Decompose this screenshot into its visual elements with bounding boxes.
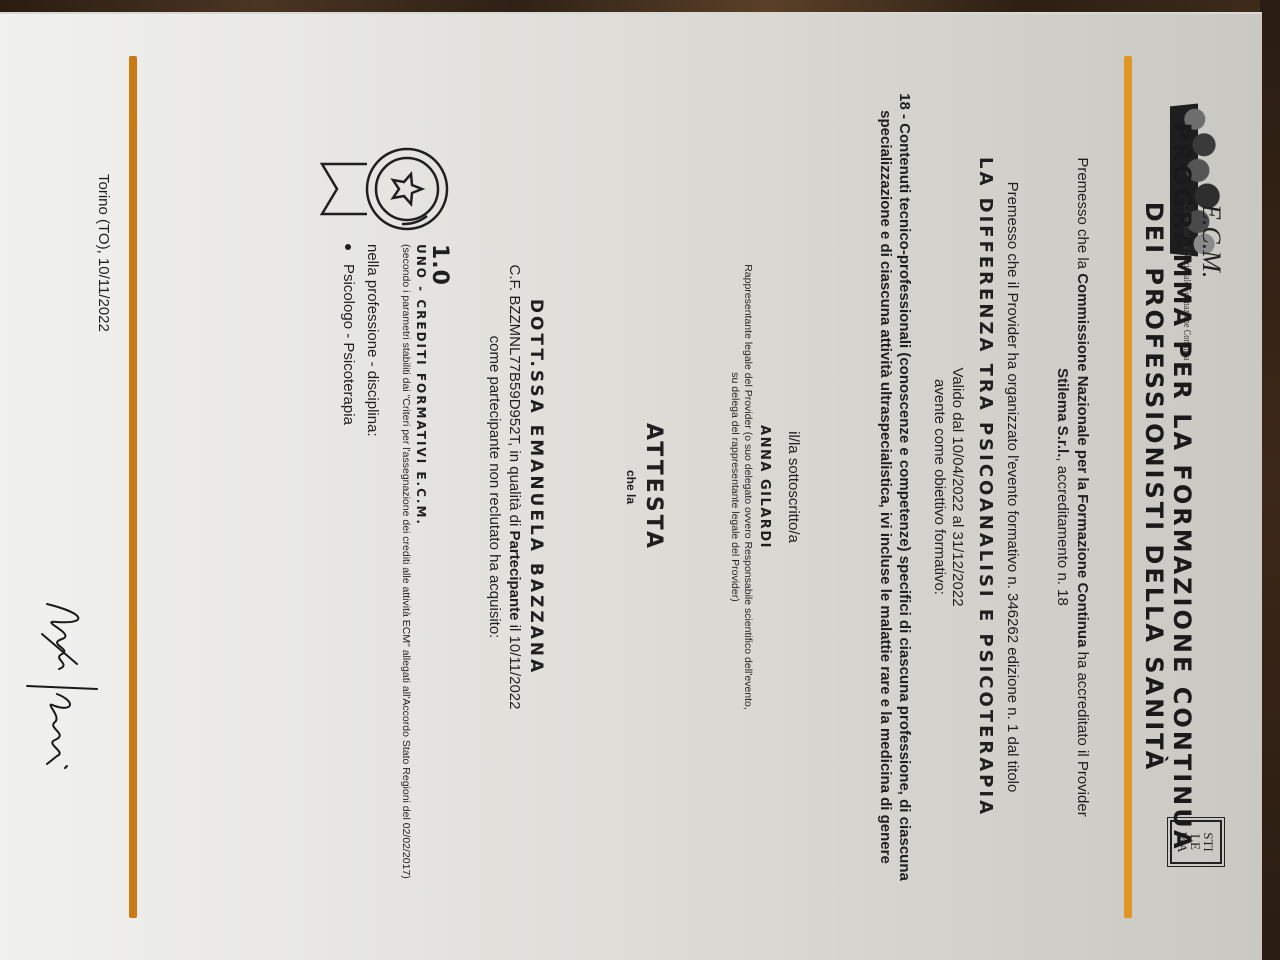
- premise-middle: ha accreditato il Provider: [1074, 647, 1091, 816]
- title-line-2: DEI PROFESSIONISTI DELLA SANITÀ: [1140, 74, 1168, 900]
- participant-status: come partecipante non reclutato ha acqui…: [486, 336, 503, 639]
- attestation-subheading: che la: [624, 54, 638, 920]
- training-objective: 18 - Contenuti tecnico-professionali (co…: [876, 54, 914, 920]
- credits-value: 1.0: [428, 244, 450, 910]
- credits-label: UNO - CREDITI FORMATIVI E.C.M.: [414, 244, 428, 910]
- handwritten-signature: Anna Gilardi: [17, 594, 117, 794]
- premise-prefix: Premesso che la: [1074, 157, 1091, 273]
- accreditation-number: , accreditamento n. 18: [1054, 457, 1071, 605]
- bullet-icon: [345, 244, 351, 250]
- provider-name: Stilema S.r.l.: [1054, 368, 1071, 457]
- credits-note: (secondo i parametri stabiliti dai "Crit…: [399, 244, 412, 910]
- participant-fiscal-code: C.F. BZZMNL77B59D952T, in qualità di: [506, 265, 523, 531]
- profession-item: Psicologo - Psicoterapia: [338, 244, 358, 910]
- premise-commission: Premesso che la Commissione Nazionale pe…: [1052, 54, 1092, 920]
- validity-dates: Valido dal 10/04/2022 al 31/12/2022: [948, 54, 966, 920]
- signatory-role-line-1: Rappresentante legale del Provider (o su…: [741, 54, 754, 920]
- place-and-date: Torino (TO), 10/11/2022: [95, 174, 112, 332]
- participant-role: Partecipante: [506, 530, 523, 620]
- signatory-name: ANNA GILARDI: [757, 54, 772, 920]
- profession-section: nella professione - disciplina: Psicolog…: [338, 244, 382, 910]
- signatory-role-line-2: su delega del rappresentante legale del …: [728, 54, 741, 920]
- profession-discipline: Psicologo - Psicoterapia: [338, 264, 358, 425]
- premise-event: Premesso che il Provider ha organizzato …: [1002, 54, 1022, 920]
- signatory-intro: il/la sottoscritto/a: [785, 54, 802, 920]
- credits-section: 1.0 UNO - CREDITI FORMATIVI E.C.M. (seco…: [399, 244, 450, 910]
- stilema-logo-line: STI: [1203, 832, 1216, 852]
- certificate-title: PROGRAMMA PER LA FORMAZIONE CONTINUA DEI…: [1140, 74, 1196, 900]
- background-table-edge: [1260, 0, 1280, 960]
- certificate-page: E.C.M. Commissione Nazionale Formazione …: [0, 14, 1262, 960]
- title-line-1: PROGRAMMA PER LA FORMAZIONE CONTINUA: [1168, 74, 1196, 900]
- attestation-heading: ATTESTA: [641, 54, 666, 920]
- event-validity: Valido dal 10/04/2022 al 31/12/2022 aven…: [930, 54, 966, 920]
- accent-stripe-top: [1124, 56, 1132, 918]
- participant-details: C.F. BZZMNL77B59D952T, in qualità di Par…: [484, 54, 524, 920]
- accent-stripe-bottom: [129, 56, 137, 918]
- profession-intro: nella professione - disciplina:: [362, 244, 382, 910]
- participant-name: DOTT.SSA EMANUELA BAZZANA: [526, 54, 546, 920]
- objective-intro: avente come obiettivo formativo:: [930, 54, 948, 920]
- ecm-logo-text: E.C.M.: [1196, 204, 1226, 278]
- signatory-role: Rappresentante legale del Provider (o su…: [728, 54, 754, 920]
- event-title: LA DIFFERENZA TRA PSICOANALISI E PSICOTE…: [975, 54, 996, 920]
- award-medal-icon: [312, 134, 462, 244]
- participation-date: il 10/11/2022: [506, 621, 523, 710]
- commission-name: Commissione Nazionale per la Formazione …: [1074, 273, 1091, 647]
